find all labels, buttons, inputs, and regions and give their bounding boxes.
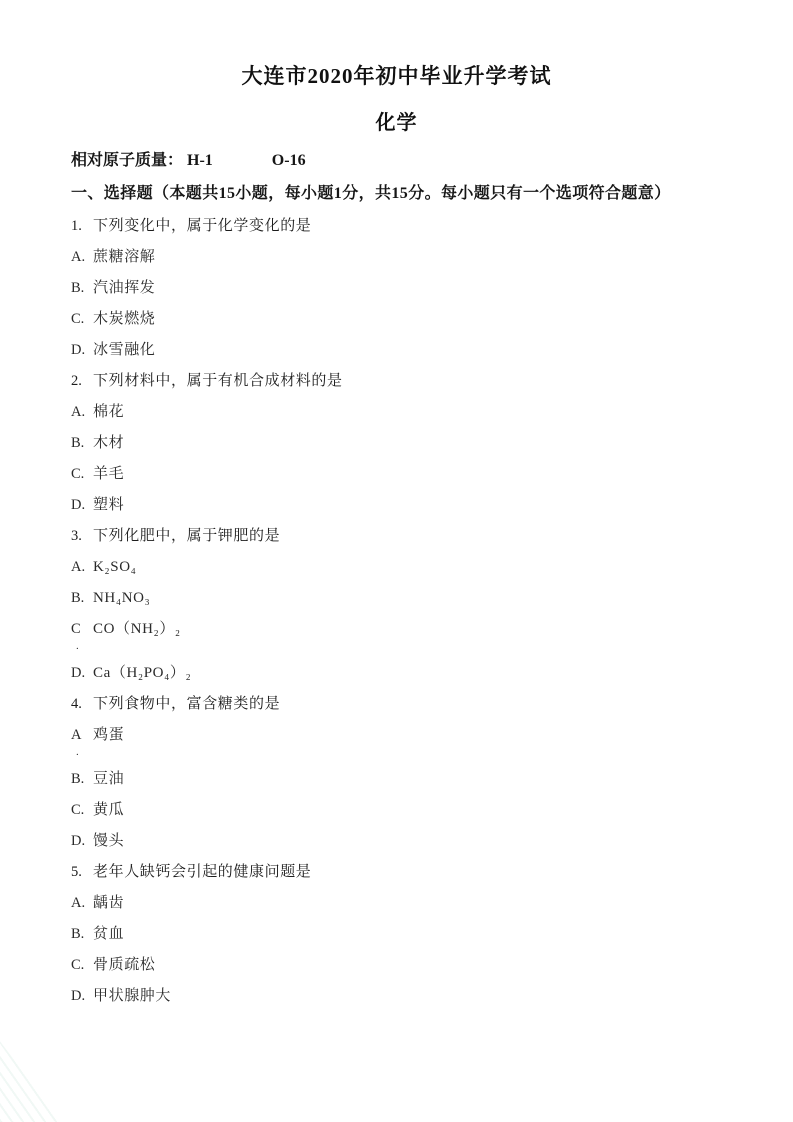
option-text: 贫血	[93, 925, 124, 943]
option-text: 蔗糖溶解	[93, 248, 155, 266]
option-label: D.	[71, 341, 93, 359]
option-label: C.	[71, 465, 93, 483]
option-label: B.	[71, 434, 93, 452]
option-text: 塑料	[93, 496, 124, 514]
option-label: A.	[71, 248, 93, 266]
option-row: A. 蔗糖溶解	[71, 248, 722, 266]
option-text-formula: NH₄NO₃	[93, 589, 150, 607]
question-stem: 1. 下列变化中，属于化学变化的是	[71, 217, 722, 235]
exam-document-page: 大连市2020年初中毕业升学考试 化学 相对原子质量： H-1 O-16 一、选…	[0, 0, 793, 1122]
page-subtitle: 化学	[71, 110, 722, 136]
option-label: A.	[71, 558, 93, 576]
option-row: A. 棉花	[71, 403, 722, 421]
page-title: 大连市2020年初中毕业升学考试	[71, 62, 722, 90]
atomic-mass-o: O-16	[272, 152, 306, 169]
option-text: 棉花	[93, 403, 124, 421]
option-label: A.	[71, 894, 93, 912]
option-label: D.	[71, 664, 93, 682]
option-row: D. 馒头	[71, 832, 722, 850]
option-row: C CO（NH₂）₂	[71, 620, 722, 638]
option-text: 冰雪融化	[93, 341, 155, 359]
option-row: C. 黄瓜	[71, 801, 722, 819]
option-text-formula: CO（NH₂）₂	[93, 620, 181, 638]
question-number: 4.	[71, 695, 93, 713]
atomic-mass-label: 相对原子质量：	[71, 152, 183, 169]
option-row: C. 木炭燃烧	[71, 310, 722, 328]
option-label: C.	[71, 801, 93, 819]
option-row: A 鸡蛋	[71, 726, 722, 744]
option-label: A	[71, 726, 93, 744]
option-text: 黄瓜	[93, 801, 124, 819]
option-row: B. NH₄NO₃	[71, 589, 722, 607]
option-label: C	[71, 620, 93, 638]
option-text: 羊毛	[93, 465, 124, 483]
option-row: B. 贫血	[71, 925, 722, 943]
option-row: B. 豆油	[71, 770, 722, 788]
option-text: 甲状腺肿大	[93, 987, 171, 1005]
option-label: C.	[71, 956, 93, 974]
atomic-mass-row: 相对原子质量： H-1 O-16	[71, 150, 722, 172]
option-text: 馒头	[93, 832, 124, 850]
wrapped-period-mark: .	[76, 746, 722, 758]
question-number: 3.	[71, 527, 93, 545]
option-label: B.	[71, 770, 93, 788]
option-row: D. 甲状腺肿大	[71, 987, 722, 1005]
option-row: C. 骨质疏松	[71, 956, 722, 974]
wrapped-period-mark: .	[76, 640, 722, 652]
atomic-mass-h: H-1	[187, 152, 213, 169]
option-text: 豆油	[93, 770, 124, 788]
question-list: 1. 下列变化中，属于化学变化的是 A. 蔗糖溶解 B. 汽油挥发 C. 木炭燃…	[71, 217, 722, 1005]
option-text: 鸡蛋	[93, 726, 124, 744]
option-label: D.	[71, 987, 93, 1005]
option-row: D. 塑料	[71, 496, 722, 514]
option-row: D. 冰雪融化	[71, 341, 722, 359]
question-stem: 5. 老年人缺钙会引起的健康问题是	[71, 863, 722, 881]
question-text: 下列化肥中，属于钾肥的是	[93, 527, 280, 545]
option-label: A.	[71, 403, 93, 421]
option-label: B.	[71, 589, 93, 607]
question-text: 老年人缺钙会引起的健康问题是	[93, 863, 311, 881]
option-text: 汽油挥发	[93, 279, 155, 297]
option-label: B.	[71, 279, 93, 297]
option-row: C. 羊毛	[71, 465, 722, 483]
option-text: 龋齿	[93, 894, 124, 912]
option-text-formula: K₂SO₄	[93, 558, 136, 576]
option-label: D.	[71, 496, 93, 514]
section-heading: 一、选择题（本题共15小题，每小题1分，共15分。每小题只有一个选项符合题意）	[71, 183, 722, 205]
question-number: 1.	[71, 217, 93, 235]
option-text: 木材	[93, 434, 124, 452]
question-stem: 2. 下列材料中，属于有机合成材料的是	[71, 372, 722, 390]
option-label: C.	[71, 310, 93, 328]
question-text: 下列食物中，富含糖类的是	[93, 695, 280, 713]
option-label: D.	[71, 832, 93, 850]
question-number: 5.	[71, 863, 93, 881]
option-row: B. 汽油挥发	[71, 279, 722, 297]
option-row: A. K₂SO₄	[71, 558, 722, 576]
option-row: A. 龋齿	[71, 894, 722, 912]
corner-watermark	[0, 1027, 110, 1122]
option-row: D. Ca（H₂PO₄）₂	[71, 664, 722, 682]
option-text: 木炭燃烧	[93, 310, 155, 328]
question-stem: 3. 下列化肥中，属于钾肥的是	[71, 527, 722, 545]
question-text: 下列变化中，属于化学变化的是	[93, 217, 311, 235]
option-row: B. 木材	[71, 434, 722, 452]
option-label: B.	[71, 925, 93, 943]
question-number: 2.	[71, 372, 93, 390]
question-text: 下列材料中，属于有机合成材料的是	[93, 372, 343, 390]
option-text-formula: Ca（H₂PO₄）₂	[93, 664, 191, 682]
question-stem: 4. 下列食物中，富含糖类的是	[71, 695, 722, 713]
option-text: 骨质疏松	[93, 956, 155, 974]
